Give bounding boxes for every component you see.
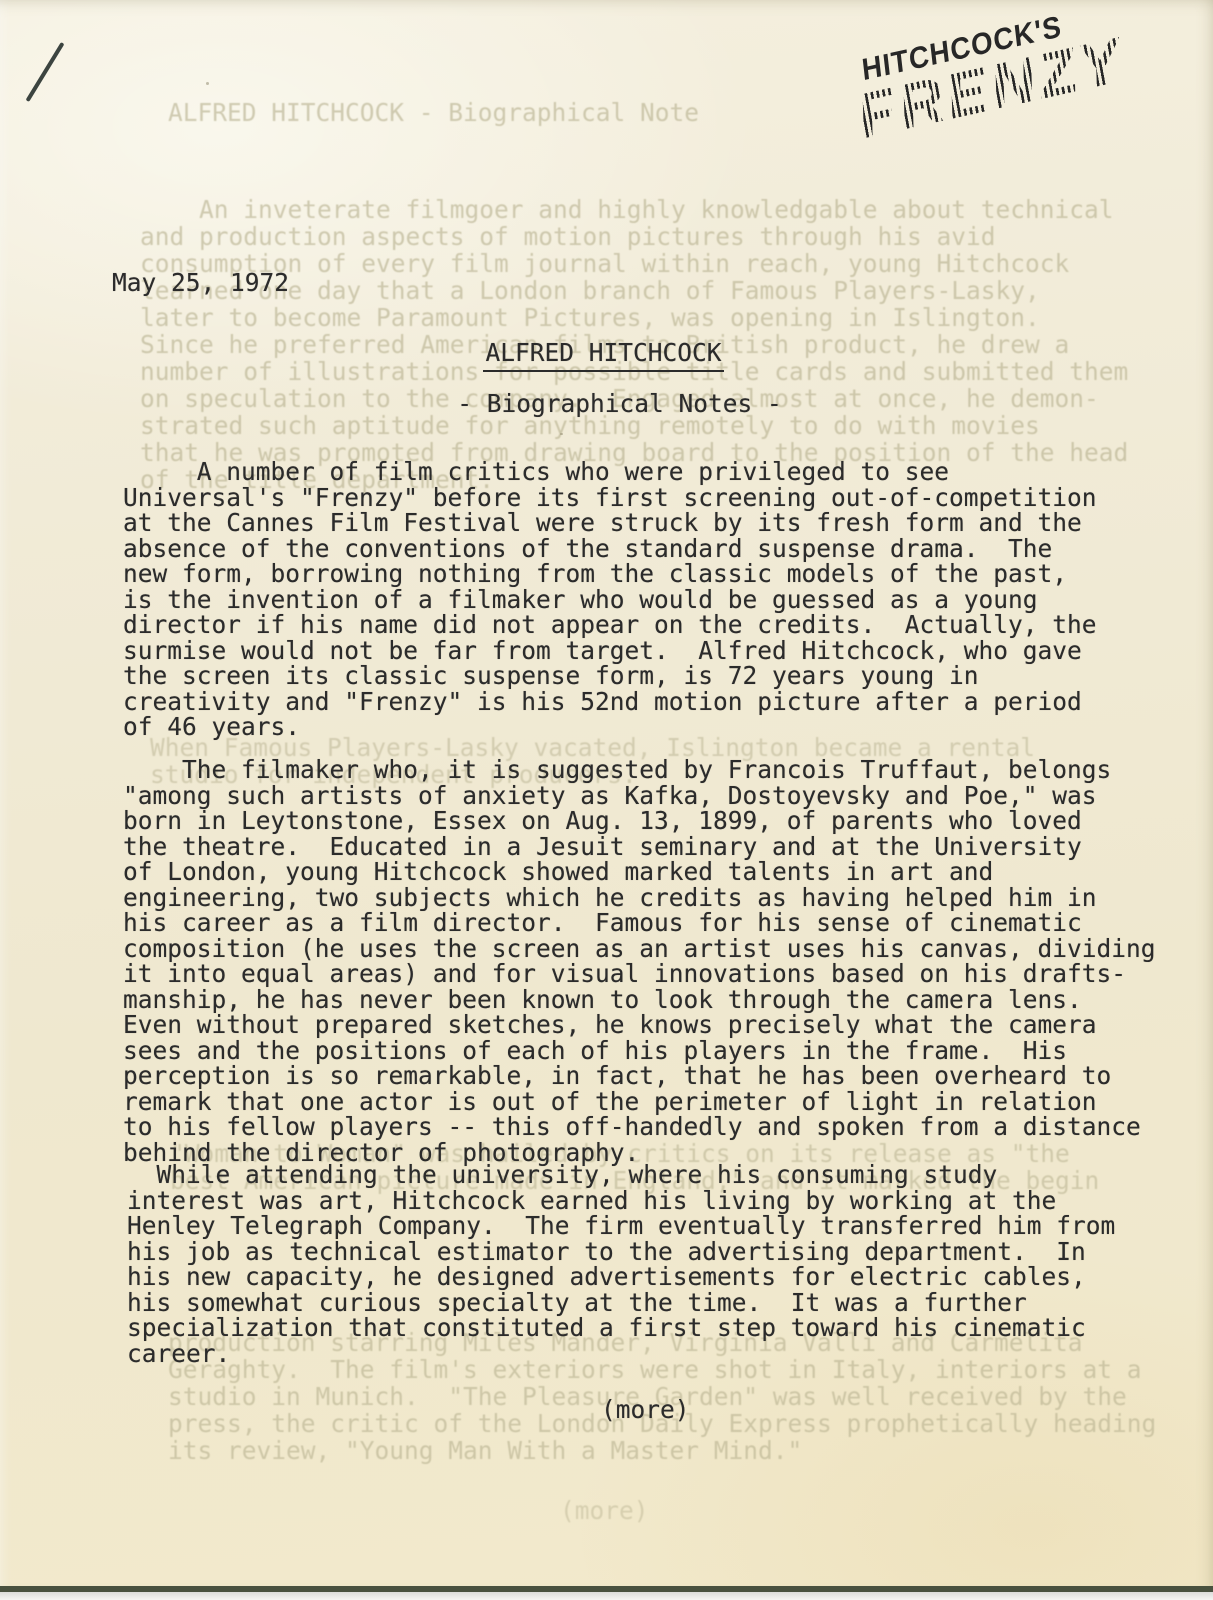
pen-slash-mark xyxy=(26,42,65,102)
ghost-header-text: ALFRED HITCHCOCK - Biographical Note xyxy=(168,99,699,126)
scanner-background xyxy=(0,1592,1213,1600)
paper-speck xyxy=(206,82,209,85)
scanned-paper: ALFRED HITCHCOCK - Biographical Note An … xyxy=(0,0,1213,1590)
ghost-more-marker: (more) xyxy=(560,1497,649,1524)
document-subtitle: - Biographical Notes - xyxy=(457,391,782,417)
document-title: ALFRED HITCHCOCK xyxy=(483,340,723,372)
paper-speck xyxy=(560,433,563,435)
paragraph-3: While attending the university, where hi… xyxy=(127,1162,1115,1366)
paragraph-1: A number of film critics who were privil… xyxy=(123,459,1097,740)
frenzy-logo: HITCHCOCK'S FRENZY xyxy=(845,0,1132,153)
paragraph-2: The filmaker who, it is suggested by Fra… xyxy=(123,757,1156,1165)
date-line: May 25, 1972 xyxy=(112,270,289,296)
document-subtitle-row: - Biographical Notes - xyxy=(0,391,1213,417)
document-title-row: ALFRED HITCHCOCK xyxy=(0,340,1213,372)
more-marker: (more) xyxy=(601,1397,690,1423)
paper-speck xyxy=(872,1121,874,1124)
